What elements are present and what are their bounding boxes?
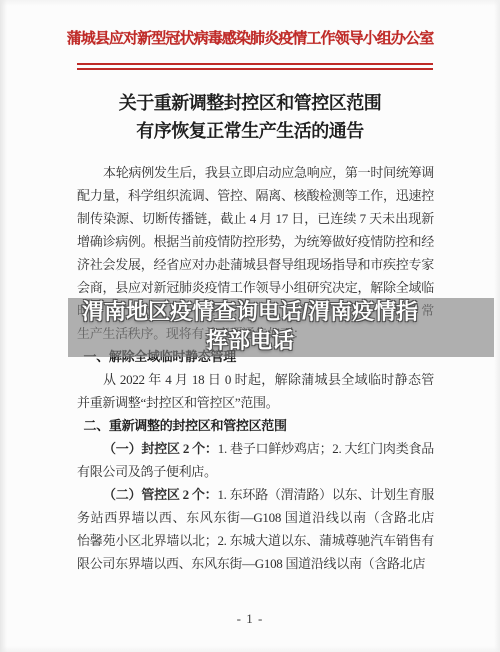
body-line: （一）封控区 2 个：1. 巷子口鲜炒鸡店；2. 大红门肉类食品 — [77, 437, 434, 460]
body-line: 配力量，科学组织流调、管控、隔离、核酸检测等工作，迅速控 — [77, 184, 434, 207]
body-line: 增确诊病例。根据当前疫情防控形势，为统筹做好疫情防控和经 — [77, 230, 434, 253]
notice-title-line1: 关于重新调整封控区和管控区范围 — [0, 89, 500, 117]
body-line-lead: （二）管控区 2 个： — [103, 487, 217, 502]
body-line: 怡馨苑小区北界墙以北；2. 东城大道以东、蒲城尊驰汽车销售有 — [77, 529, 434, 552]
section-heading-2: 二、重新调整的封控区和管控区范围 — [77, 414, 434, 437]
body-line: 从 2022 年 4 月 18 日 0 时起，解除蒲城县全域临时静态管理， — [77, 368, 434, 391]
page-number: - 1 - — [0, 611, 500, 627]
caption-line1: 渭南地区疫情查询电话/渭南疫情指 — [0, 297, 500, 326]
notice-title: 关于重新调整封控区和管控区范围 有序恢复正常生产生活的通告 — [0, 89, 500, 145]
body-line: 有限公司及鸽子便利店。 — [77, 460, 434, 483]
body-line: 本轮病例发生后，我县立即启动应急响应，第一时间统筹调 — [77, 161, 434, 184]
body-line: 济社会发展，经省应对办赴蒲城县督导组现场指导和市疾控专家 — [77, 253, 434, 276]
body-line-text: 1. 巷子口鲜炒鸡店；2. 大红门肉类食品 — [218, 441, 434, 456]
body-line: 制传染源、切断传播链，截止 4 月 17 日，已连续 7 天未出现新 — [77, 207, 434, 230]
body-line: （二）管控区 2 个：1. 东环路（渭清路）以东、计划生育服 — [77, 483, 434, 506]
caption-overlay-text: 渭南地区疫情查询电话/渭南疫情指 挥部电话 — [0, 297, 500, 355]
notice-title-line2: 有序恢复正常生产生活的通告 — [0, 117, 500, 145]
body-line: 限公司东界墙以西、东风东街—G108 国道沿线以南（含路北店 — [77, 552, 434, 575]
banner-divider — [77, 63, 433, 70]
caption-line2: 挥部电话 — [0, 326, 500, 355]
body-line: 并重新调整“封控区和管控区”范围。 — [77, 391, 434, 414]
body-line: 务站西界墙以西、东风东街—G108 国道沿线以南（含路北店铺）、 — [77, 506, 434, 529]
body-line-lead: （一）封控区 2 个： — [103, 441, 218, 456]
document-photo: 蒲城县应对新型冠状病毒感染肺炎疫情工作领导小组办公室 关于重新调整封控区和管控区… — [0, 0, 500, 652]
issuer-banner: 蒲城县应对新型冠状病毒感染肺炎疫情工作领导小组办公室 — [0, 29, 500, 49]
body-line-text: 1. 东环路（渭清路）以东、计划生育服 — [217, 487, 434, 502]
notice-body: 本轮病例发生后，我县立即启动应急响应，第一时间统筹调 配力量，科学组织流调、管控… — [77, 161, 434, 575]
body-line: 会商，县应对新冠肺炎疫情工作领导小组研究决定，解除全域临 — [77, 276, 434, 299]
